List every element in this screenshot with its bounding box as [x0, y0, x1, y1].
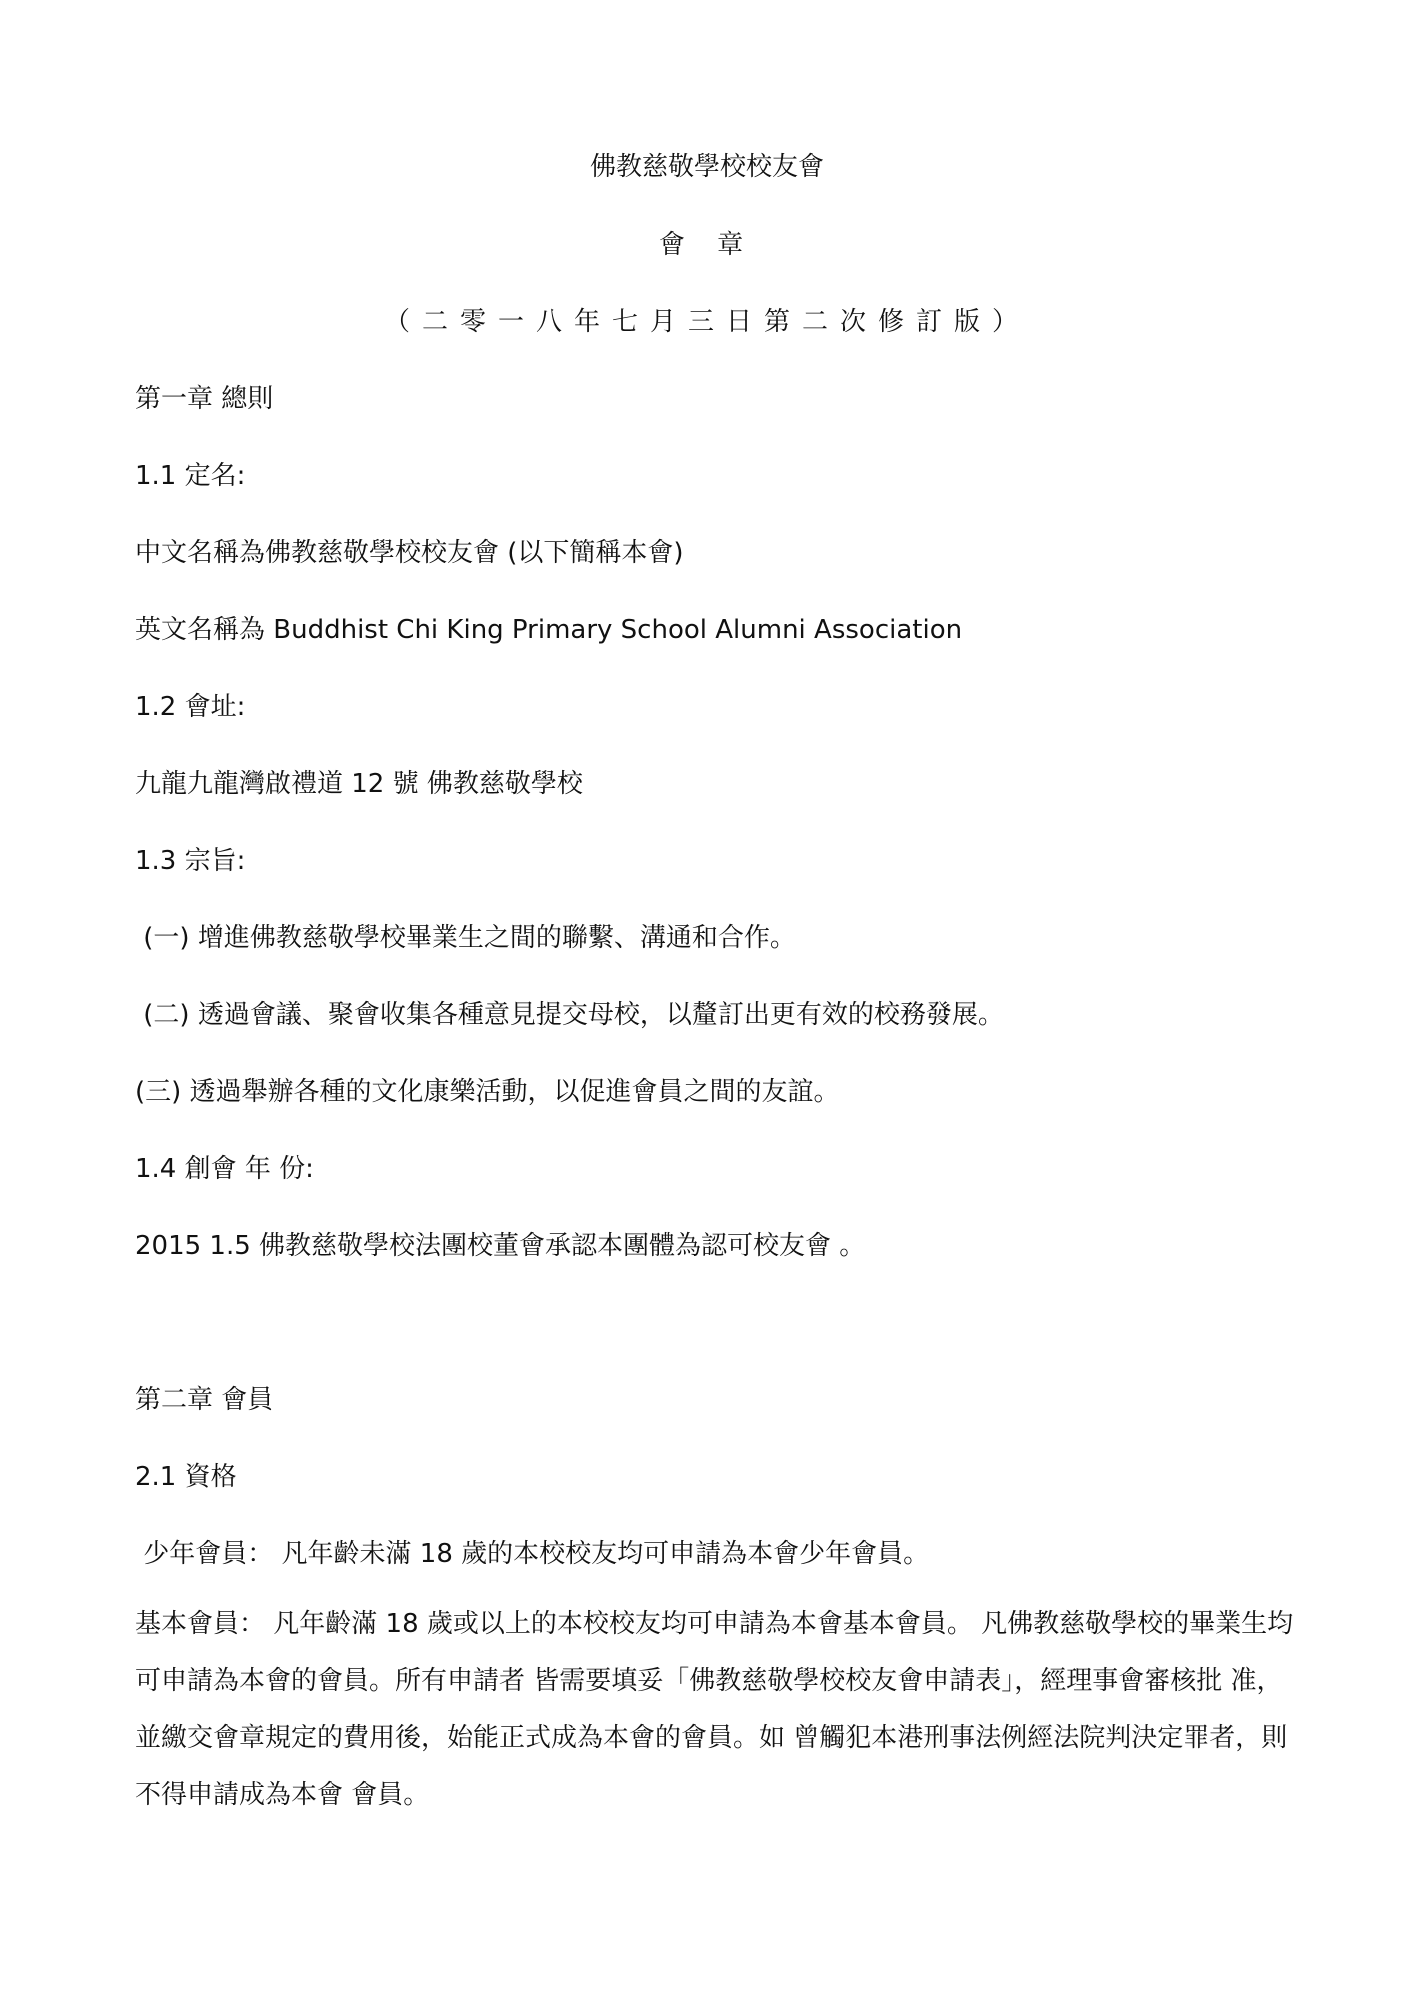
- basic-member-clause: 基本會員： 凡年齡滿 18 歲或以上的本校校友均可申請為本會基本會員。 凡佛教慈…: [135, 1596, 1295, 1824]
- chapter-1-heading: 第一章 總則: [135, 382, 273, 416]
- objective-item: (一) 增進佛教慈敬學校畢業生之間的聯繫、溝通和合作。: [135, 921, 796, 955]
- document-subtitle: 會 章: [0, 228, 1414, 262]
- revision-note: （二零一八年七月三日第二次修訂版）: [0, 305, 1414, 339]
- document-title: 佛教慈敬學校校友會: [0, 150, 1414, 184]
- section-1-4-heading: 1.4 創會 年 份:: [135, 1152, 314, 1186]
- objective-item: (三) 透過舉辦各種的文化康樂活動，以促進會員之間的友誼。: [135, 1075, 840, 1109]
- chinese-name: 中文名稱為佛教慈敬學校校友會 (以下簡稱本會): [135, 536, 684, 570]
- founding-year-and-recognition: 2015 1.5 佛教慈敬學校法團校董會承認本團體為認可校友會 。: [135, 1229, 865, 1263]
- chapter-2-heading: 第二章 會員: [135, 1383, 273, 1417]
- section-1-1-heading: 1.1 定名:: [135, 459, 245, 493]
- junior-member-clause: 少年會員： 凡年齡未滿 18 歲的本校校友均可申請為本會少年會員。: [135, 1537, 929, 1571]
- english-name: 英文名稱為 Buddhist Chi King Primary School A…: [135, 613, 962, 647]
- objective-item: (二) 透過會議、聚會收集各種意見提交母校，以釐訂出更有效的校務發展。: [135, 998, 1004, 1032]
- section-2-1-heading: 2.1 資格: [135, 1460, 237, 1494]
- section-1-2-heading: 1.2 會址:: [135, 690, 245, 724]
- address: 九龍九龍灣啟禮道 12 號 佛教慈敬學校: [135, 767, 583, 801]
- section-1-3-heading: 1.3 宗旨:: [135, 844, 245, 878]
